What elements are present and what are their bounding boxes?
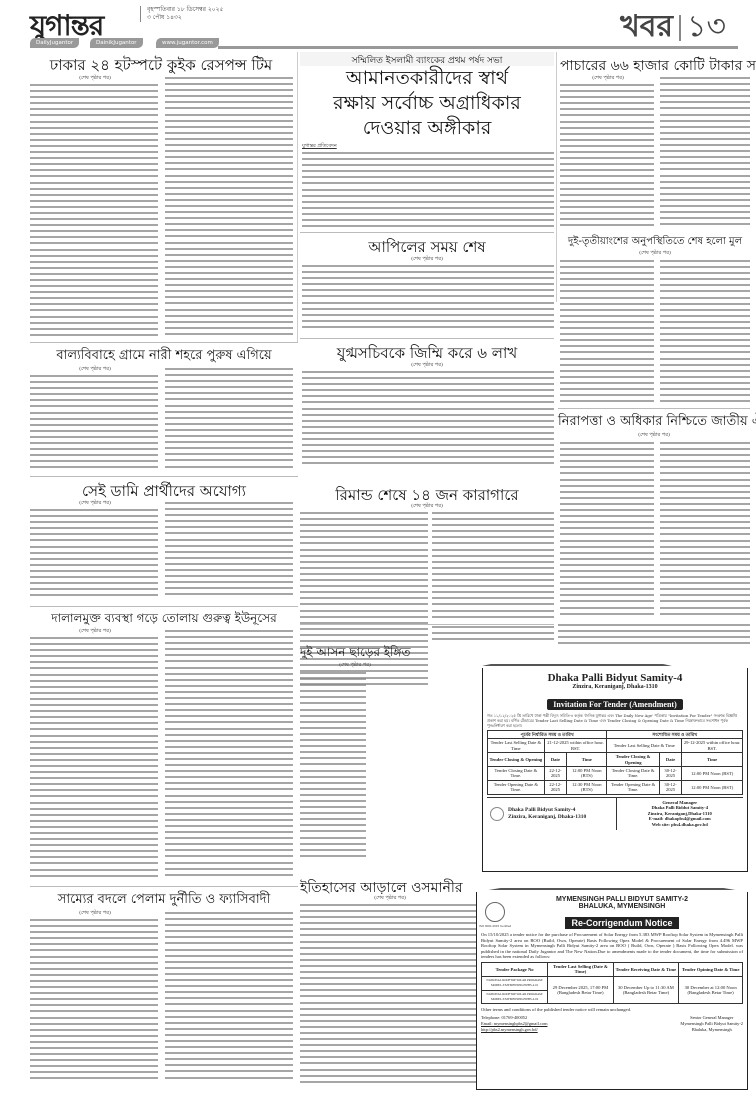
article-divider [558, 408, 750, 409]
ad-org-title: Dhaka Palli Bidyut Samity-4 [483, 672, 747, 684]
cell: Tender Opening Date & Time. [488, 780, 545, 794]
headline-line: দেওয়ার অঙ্গীকার [300, 116, 554, 141]
cell: Tender Closing Date & Time. [488, 767, 545, 781]
cell: 12:00 PM Noon (BTS) [567, 767, 607, 781]
cell: Tender Closing & Opening [488, 753, 545, 767]
cell: NATIONAL ROOFTOP SOLAR PROGRAM/ MODEL-3/… [482, 976, 548, 990]
cell: 12:00 PM Noon (BST) [682, 767, 743, 781]
cell: 21-12-2025 within office hour. BST. [544, 739, 607, 753]
section-name: খবর [620, 9, 673, 44]
headline-yunus: দালালমুক্ত ব্যবস্থা গড়ে তোলায় গুরুত্ব … [30, 610, 298, 630]
page-number: ১৩ [687, 9, 726, 44]
article-body [300, 902, 478, 1088]
tender-ad-dhaka: Dhaka Palli Bidyut Samity-4 Zinzira, Ker… [482, 668, 748, 872]
ad-body: On 15/10/2025 a tender notice for the pu… [477, 932, 747, 960]
headline-two-thirds: দুই-তৃতীয়াংশের অনুপস্থিতিতে শেষ হলো মুল [560, 234, 750, 251]
cell: Tender Last Selling Date & Time [607, 739, 682, 753]
article-body [432, 510, 554, 622]
x-social-link[interactable]: DailyJugantor [30, 38, 79, 48]
article-body [302, 150, 554, 230]
date-bengali: ৩ পৌষ ১৪৩২ [147, 14, 223, 22]
col-header: Tender Opining Date & Time [679, 962, 743, 976]
cell: 12:00 PM Noon (BST) [682, 780, 743, 794]
headline-fascism: সাম্যের বদলে পেলাম দুর্নীতি ও ফ্যাসিবাদী [30, 890, 298, 911]
footer-org: Dhaka Palli Bidyut Samity-4 [508, 807, 586, 814]
ad-note: Other terms and conditions of the publis… [477, 1006, 747, 1013]
article-body [165, 500, 293, 603]
article-body [302, 263, 554, 335]
pbs-logo-icon [485, 902, 505, 922]
article-body [302, 369, 554, 469]
article-divider [300, 232, 554, 233]
headline-child-marriage: বাল্যবিবাহে গ্রামে নারী শহরে পুরুষ এগিয়… [30, 346, 298, 367]
pbs-logo-icon [490, 807, 504, 821]
col-header: Tender Receiving Date & Time [613, 962, 679, 976]
signer-website[interactable]: Web site: pbs4.dhaka.gov.bd [619, 822, 742, 828]
headline-security: নিরাপত্তা ও অধিকার নিশ্চিতে জাতীয় ঐক্য [558, 412, 750, 433]
signer-address: Bhaluka, Mymensingh [680, 1027, 743, 1033]
article-body [30, 917, 158, 1087]
article-body [300, 670, 366, 860]
website-link[interactable]: www.jugantor.com [156, 38, 219, 48]
article-body [30, 373, 158, 473]
article-body [30, 82, 158, 338]
tender-schedule-table: পূর্বের নির্ধারিত সময় ও তারিখসংশোধিত সম… [487, 730, 743, 795]
article-body [165, 75, 293, 338]
cell: Date [544, 753, 566, 767]
article-divider [30, 476, 298, 477]
article-body [165, 910, 293, 1087]
col-previous: পূর্বের নির্ধারিত সময় ও তারিখ [488, 731, 607, 739]
website-link[interactable]: http://pbs2.mymensingh.gov.bd/ [481, 1027, 547, 1033]
cell: NATIONAL ROOFTOP SOLAR PROGRAM/ MODEL-3/… [482, 990, 548, 1004]
headline-line: আমানতকারীদের স্বার্থ [300, 66, 554, 91]
article-divider [300, 338, 554, 339]
col-revised: সংশোধিত সময় ও তারিখ [607, 731, 743, 739]
ad-banner: Invitation For Tender (Amendment) [547, 699, 683, 710]
facebook-social-link[interactable]: DainikJugantor [90, 38, 143, 48]
table-row: NATIONAL ROOFTOP SOLAR PROGRAM/ MODEL-3/… [482, 976, 743, 990]
cell: 30-12-2025 [659, 780, 681, 794]
table-row: Tender Closing Date & Time. 22-12-2025 1… [488, 767, 743, 781]
col-header: Tender Package No [482, 962, 548, 976]
article-divider [30, 886, 298, 887]
article-body [560, 82, 654, 232]
continued-label: (শেষ পৃষ্ঠার পর) [560, 250, 750, 258]
article-body [165, 628, 293, 883]
column-divider [297, 52, 298, 342]
cell: 30 December at 12:00 Noon (Bangladesh Be… [679, 976, 743, 1004]
article-body [660, 440, 750, 620]
article-body [30, 635, 158, 883]
ad-org-subtitle: BHALUKA, MYMENSINGH [477, 903, 747, 910]
section-label: খবর১৩ [620, 2, 726, 53]
footer-address: Zinzira, Keraniganj, Dhaka-1310 [508, 814, 586, 821]
issue-date: বৃহস্পতিবার ১৮ ডিসেম্বর ২০২৫ ৩ পৌষ ১৪৩২ [140, 6, 223, 22]
article-body [660, 258, 750, 408]
cell: 22-12-2025 [544, 767, 566, 781]
cell: 22-12-2025 [544, 780, 566, 794]
article-body [432, 624, 554, 644]
date-gregorian: বৃহস্পতিবার ১৮ ডিসেম্বর ২০২৫ [147, 6, 223, 14]
cell: Tender Last Selling Date & Time [488, 739, 545, 753]
table-row: Tender Opening Date & Time. 22-12-2025 1… [488, 780, 743, 794]
headline-two-seats: দুই আসন ছাড়ের ইঙ্গিত [300, 644, 420, 664]
cell: Tender Closing & Opening [607, 753, 659, 767]
cell: Time [682, 753, 743, 767]
ad-org-address: Zinzira, Keraniganj, Dhaka-1310 [483, 684, 747, 690]
headline-islami-bank: আমানতকারীদের স্বার্থ রক্ষায় সর্বোচ্চ অগ… [300, 66, 554, 141]
ad-banner: Re-Corrigendum Notice [565, 917, 678, 929]
table-row: Tender Closing & Opening Date Time Tende… [488, 753, 743, 767]
cell: Tender Closing Date & Time. [607, 767, 659, 781]
ad-org-title: MYMENSINGH PALLI BIDYUT SAMITY-2 [477, 896, 747, 903]
tender-ad-mymensingh: ISO 9001:2015 Certified MYMENSINGH PALLI… [476, 892, 748, 1090]
continued-label: (শেষ পৃষ্ঠার পর) [300, 662, 410, 670]
article-body [560, 258, 654, 408]
article-body [165, 366, 293, 473]
article-body [660, 75, 750, 232]
headline-line: রক্ষায় সর্বোচ্চ অগ্রাধিকার [300, 91, 554, 116]
cell: Time [567, 753, 607, 767]
cell: 29 December 2025, 17:00 PM (Bangladesh B… [548, 976, 613, 1004]
cell: Date [659, 753, 681, 767]
ad-intro: গত ১১/১২/২০২৫ খ্রি তারিখে ঢাকা পল্লী বিদ… [483, 713, 747, 728]
cell: 30-12-2025 [659, 767, 681, 781]
article-body [30, 507, 158, 603]
column-divider [556, 52, 557, 302]
cell: 29-12-2025 within office hour. BST. [682, 739, 743, 753]
tender-package-table: Tender Package No Tender Last Selling (D… [481, 962, 743, 1004]
article-body [558, 622, 750, 652]
article-divider [30, 342, 298, 343]
table-row: Tender Last Selling Date & Time 21-12-20… [488, 739, 743, 753]
cell: Tender Opening Date & Time. [607, 780, 659, 794]
article-divider [30, 606, 298, 607]
iso-label: ISO 9001:2015 Certified [479, 924, 511, 928]
continued-label: (শেষ পৃষ্ঠার পর) [558, 432, 750, 440]
cell: 30 December Up to 11:30 AM (Bangladesh B… [613, 976, 679, 1004]
col-header: Tender Last Selling (Date & Time) [548, 962, 613, 976]
article-body [560, 440, 654, 620]
cell: 12:30 PM Noon (BTS) [567, 780, 607, 794]
